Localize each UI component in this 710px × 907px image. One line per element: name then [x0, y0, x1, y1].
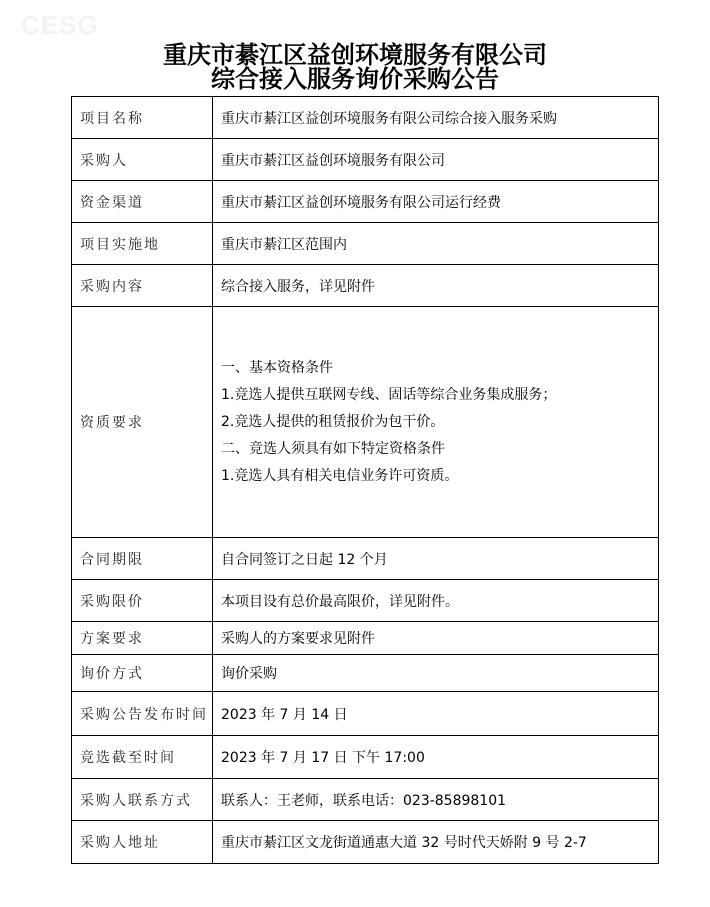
table-row: 方案要求采购人的方案要求见附件	[72, 622, 659, 655]
watermark: CESG	[21, 10, 99, 41]
row-value: 本项目设有总价最高限价，详见附件。	[213, 580, 659, 622]
table-row: 询价方式询价采购	[72, 655, 659, 692]
row-value: 联系人：王老师，联系电话：023-85898101	[213, 779, 659, 821]
row-label: 采购公告发布时间	[72, 692, 213, 736]
row-value-line: 1.竞选人具有相关电信业务许可资质。	[221, 463, 650, 490]
row-label: 采购内容	[72, 265, 213, 307]
row-value-line: 1.竞选人提供互联网专线、固话等综合业务集成服务；	[221, 382, 650, 409]
info-table-body: 项目名称重庆市綦江区益创环境服务有限公司综合接入服务采购采购人重庆市綦江区益创环…	[72, 97, 659, 864]
row-value: 2023 年 7 月 14 日	[213, 692, 659, 736]
row-label: 采购人	[72, 139, 213, 181]
table-row: 采购公告发布时间2023 年 7 月 14 日	[72, 692, 659, 736]
row-label: 方案要求	[72, 622, 213, 655]
row-value: 重庆市綦江区益创环境服务有限公司	[213, 139, 659, 181]
row-value-line: 2.竞选人提供的租赁报价为包干价。	[221, 409, 650, 436]
row-value: 一、基本资格条件1.竞选人提供互联网专线、固话等综合业务集成服务；2.竞选人提供…	[213, 307, 659, 538]
row-label: 资金渠道	[72, 181, 213, 223]
row-label: 项目实施地	[72, 223, 213, 265]
table-row: 项目名称重庆市綦江区益创环境服务有限公司综合接入服务采购	[72, 97, 659, 139]
row-value: 自合同签订之日起 12 个月	[213, 538, 659, 580]
row-label: 资质要求	[72, 307, 213, 538]
row-value: 重庆市綦江区益创环境服务有限公司综合接入服务采购	[213, 97, 659, 139]
row-value: 重庆市綦江区范围内	[213, 223, 659, 265]
table-row: 合同期限自合同签订之日起 12 个月	[72, 538, 659, 580]
table-row: 采购人联系方式联系人：王老师，联系电话：023-85898101	[72, 779, 659, 821]
table-row: 项目实施地重庆市綦江区范围内	[72, 223, 659, 265]
row-label: 询价方式	[72, 655, 213, 692]
table-row: 采购人重庆市綦江区益创环境服务有限公司	[72, 139, 659, 181]
row-value: 重庆市綦江区益创环境服务有限公司运行经费	[213, 181, 659, 223]
row-value-line: 一、基本资格条件	[221, 355, 650, 382]
row-value: 2023 年 7 月 17 日 下午 17:00	[213, 736, 659, 779]
page-title-line2: 综合接入服务询价采购公告	[0, 67, 710, 91]
table-row: 资金渠道重庆市綦江区益创环境服务有限公司运行经费	[72, 181, 659, 223]
row-label: 采购人地址	[72, 821, 213, 864]
row-value-line: 二、竞选人须具有如下特定资格条件	[221, 436, 650, 463]
row-label: 采购人联系方式	[72, 779, 213, 821]
table-row: 采购人地址重庆市綦江区文龙街道通惠大道 32 号时代天娇附 9 号 2-7	[72, 821, 659, 864]
table-row: 采购限价本项目设有总价最高限价，详见附件。	[72, 580, 659, 622]
row-value: 询价采购	[213, 655, 659, 692]
table-row: 竞选截至时间2023 年 7 月 17 日 下午 17:00	[72, 736, 659, 779]
table-row: 采购内容综合接入服务，详见附件	[72, 265, 659, 307]
row-label: 采购限价	[72, 580, 213, 622]
table-row: 资质要求一、基本资格条件1.竞选人提供互联网专线、固话等综合业务集成服务；2.竞…	[72, 307, 659, 538]
row-label: 竞选截至时间	[72, 736, 213, 779]
row-label: 合同期限	[72, 538, 213, 580]
page-title-line1: 重庆市綦江区益创环境服务有限公司	[0, 43, 710, 67]
page-title: 重庆市綦江区益创环境服务有限公司 综合接入服务询价采购公告	[0, 43, 710, 91]
row-value: 综合接入服务，详见附件	[213, 265, 659, 307]
row-value: 重庆市綦江区文龙街道通惠大道 32 号时代天娇附 9 号 2-7	[213, 821, 659, 864]
row-label: 项目名称	[72, 97, 213, 139]
row-value: 采购人的方案要求见附件	[213, 622, 659, 655]
info-table: 项目名称重庆市綦江区益创环境服务有限公司综合接入服务采购采购人重庆市綦江区益创环…	[71, 96, 659, 864]
